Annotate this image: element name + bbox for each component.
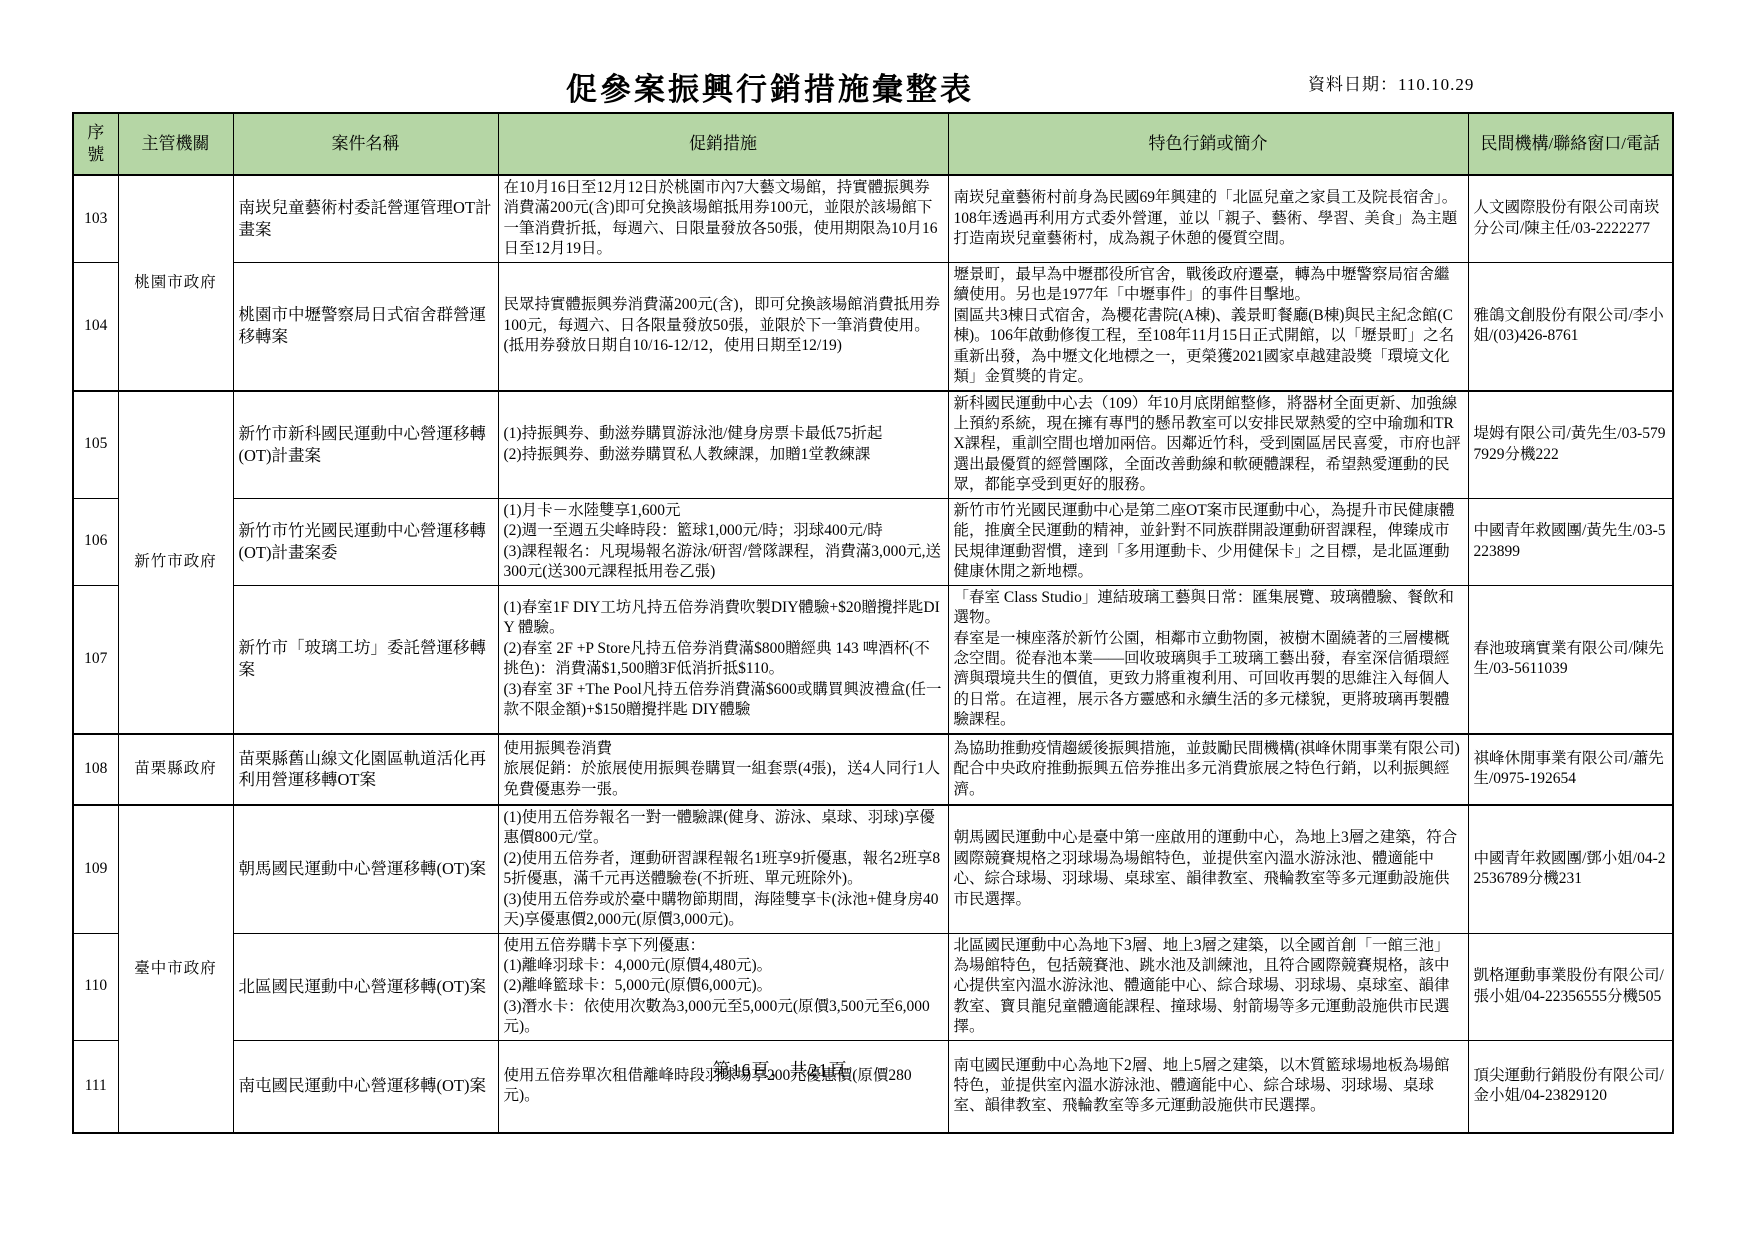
table-row-108: 108 苗栗縣政府 苗栗縣舊山線文化園區軌道活化再利用營運移轉OT案 使用振興卷… (73, 734, 1673, 805)
page-footer: 第16頁，共21頁 (0, 1056, 1560, 1082)
feature-cell: 新科國民運動中心去（109）年10月底閉館整修，將器材全面更新、加強線上預約系統… (948, 391, 1468, 499)
promo-cell: 使用五倍券購卡享下列優惠： (1)離峰羽球卡：4,000元(原價4,480元)。… (498, 933, 948, 1040)
table-row-103: 103 桃園市政府 南崁兒童藝術村委託營運管理OT計畫案 在10月16日至12月… (73, 175, 1673, 262)
contact-cell: 中國青年救國團/鄧小姐/04-22536789分機231 (1468, 805, 1673, 933)
case-name-cell: 南崁兒童藝術村委託營運管理OT計畫案 (233, 175, 498, 262)
row-number: 108 (73, 734, 118, 805)
contact-cell: 頂尖運動行銷股份有限公司/金小姐/04-23829120 (1468, 1040, 1673, 1133)
table-row-104: 104 桃園市中壢警察局日式宿舍群營運移轉案 民眾持實體振興券消費滿200元(含… (73, 262, 1673, 390)
feature-cell: 南屯國民運動中心為地下2層、地上5層之建築，以木質籃球場地板為場館特色，並提供室… (948, 1040, 1468, 1133)
table-row-106: 106 新竹市竹光國民運動中心營運移轉(OT)計畫案委 (1)月卡－水陸雙享1,… (73, 498, 1673, 585)
contact-cell: 祺峰休閒事業有限公司/蕭先生/0975-192654 (1468, 734, 1673, 805)
table-row-105: 105 新竹市政府 新竹市新科國民運動中心營運移轉(OT)計畫案 (1)持振興券… (73, 391, 1673, 499)
document-page: 促參案振興行銷措施彙整表 資料日期：110.10.29 序號 主管機關 案件名稱… (0, 0, 1754, 1240)
promo-cell: (1)春室1F DIY工坊凡持五倍券消費吹製DIY體驗+$20贈攪拌匙DIY 體… (498, 585, 948, 734)
promo-cell: 使用五倍券單次租借離峰時段羽球場享200元優惠價(原價280元)。 (498, 1040, 948, 1133)
agency-cell-taichung: 臺中市政府 (118, 805, 233, 1133)
column-header-promo: 促銷措施 (498, 113, 948, 175)
row-number: 110 (73, 933, 118, 1040)
case-name-cell: 朝馬國民運動中心營運移轉(OT)案 (233, 805, 498, 933)
data-date-label: 資料日期：110.10.29 (1308, 70, 1474, 95)
row-number: 111 (73, 1040, 118, 1133)
contact-cell: 堤姆有限公司/黃先生/03-5797929分機222 (1468, 391, 1673, 499)
summary-table: 序號 主管機關 案件名稱 促銷措施 特色行銷或簡介 民間機構/聯絡窗口/電話 1… (72, 112, 1674, 1134)
feature-cell: 為協助推動疫情趨緩後振興措施，並鼓勵民間機構(祺峰休閒事業有限公司)配合中央政府… (948, 734, 1468, 805)
row-number: 105 (73, 391, 118, 499)
column-header-agency: 主管機關 (118, 113, 233, 175)
column-header-contact: 民間機構/聯絡窗口/電話 (1468, 113, 1673, 175)
case-name-cell: 北區國民運動中心營運移轉(OT)案 (233, 933, 498, 1040)
row-number: 106 (73, 498, 118, 585)
agency-cell-taoyuan: 桃園市政府 (118, 175, 233, 391)
promo-cell: (1)持振興券、動滋券購買游泳池/健身房票卡最低75折起 (2)持振興券、動滋券… (498, 391, 948, 499)
case-name-cell: 苗栗縣舊山線文化園區軌道活化再利用營運移轉OT案 (233, 734, 498, 805)
contact-cell: 人文國際股份有限公司南崁分公司/陳主任/03-2222277 (1468, 175, 1673, 262)
contact-cell: 凱格運動事業股份有限公司/張小姐/04-22356555分機505 (1468, 933, 1673, 1040)
row-number: 103 (73, 175, 118, 262)
feature-cell: 「春室 Class Studio」連結玻璃工藝與日常：匯集展覽、玻璃體驗、餐飲和… (948, 585, 1468, 734)
feature-cell: 南崁兒童藝術村前身為民國69年興建的「北區兒童之家員工及院長宿舍」。108年透過… (948, 175, 1468, 262)
row-number: 109 (73, 805, 118, 933)
column-header-no: 序號 (73, 113, 118, 175)
feature-cell: 新竹市竹光國民運動中心是第二座OT案市民運動中心，為提升市民健康體能，推廣全民運… (948, 498, 1468, 585)
case-name-cell: 新竹市竹光國民運動中心營運移轉(OT)計畫案委 (233, 498, 498, 585)
contact-cell: 中國青年救國團/黃先生/03-5223899 (1468, 498, 1673, 585)
contact-cell: 春池玻璃實業有限公司/陳先生/03-5611039 (1468, 585, 1673, 734)
promo-cell: 在10月16日至12月12日於桃園市內7大藝文場館，持實體振興券消費滿200元(… (498, 175, 948, 262)
table-row-110: 110 北區國民運動中心營運移轉(OT)案 使用五倍券購卡享下列優惠： (1)離… (73, 933, 1673, 1040)
agency-cell-hsinchu: 新竹市政府 (118, 391, 233, 734)
contact-cell: 雅鴿文創股份有限公司/李小姐/(03)426-8761 (1468, 262, 1673, 390)
promo-cell: (1)使用五倍券報名一對一體驗課(健身、游泳、桌球、羽球)享優惠價800元/堂。… (498, 805, 948, 933)
row-number: 104 (73, 262, 118, 390)
feature-cell: 壢景町，最早為中壢郡役所官舍，戰後政府遷臺，轉為中壢警察局宿舍繼續使用。另也是1… (948, 262, 1468, 390)
column-header-case: 案件名稱 (233, 113, 498, 175)
promo-cell: 使用振興卷消費 旅展促銷：於旅展使用振興卷購買一組套票(4張)，送4人同行1人免… (498, 734, 948, 805)
case-name-cell: 南屯國民運動中心營運移轉(OT)案 (233, 1040, 498, 1133)
case-name-cell: 桃園市中壢警察局日式宿舍群營運移轉案 (233, 262, 498, 390)
agency-cell-miaoli: 苗栗縣政府 (118, 734, 233, 805)
promo-cell: (1)月卡－水陸雙享1,600元 (2)週一至週五尖峰時段：籃球1,000元/時… (498, 498, 948, 585)
promo-cell: 民眾持實體振興券消費滿200元(含)，即可兌換該場館消費抵用券100元，每週六、… (498, 262, 948, 390)
table-row-111: 111 南屯國民運動中心營運移轉(OT)案 使用五倍券單次租借離峰時段羽球場享2… (73, 1040, 1673, 1133)
feature-cell: 朝馬國民運動中心是臺中第一座啟用的運動中心，為地上3層之建築，符合國際競賽規格之… (948, 805, 1468, 933)
column-header-feature: 特色行銷或簡介 (948, 113, 1468, 175)
feature-cell: 北區國民運動中心為地下3層、地上3層之建築，以全國首創「一館三池」為場館特色，包… (948, 933, 1468, 1040)
case-name-cell: 新竹市新科國民運動中心營運移轉(OT)計畫案 (233, 391, 498, 499)
case-name-cell: 新竹市「玻璃工坊」委託營運移轉案 (233, 585, 498, 734)
row-number: 107 (73, 585, 118, 734)
header-row: 序號 主管機關 案件名稱 促銷措施 特色行銷或簡介 民間機構/聯絡窗口/電話 (73, 113, 1673, 175)
table-row-107: 107 新竹市「玻璃工坊」委託營運移轉案 (1)春室1F DIY工坊凡持五倍券消… (73, 585, 1673, 734)
table-row-109: 109 臺中市政府 朝馬國民運動中心營運移轉(OT)案 (1)使用五倍券報名一對… (73, 805, 1673, 933)
